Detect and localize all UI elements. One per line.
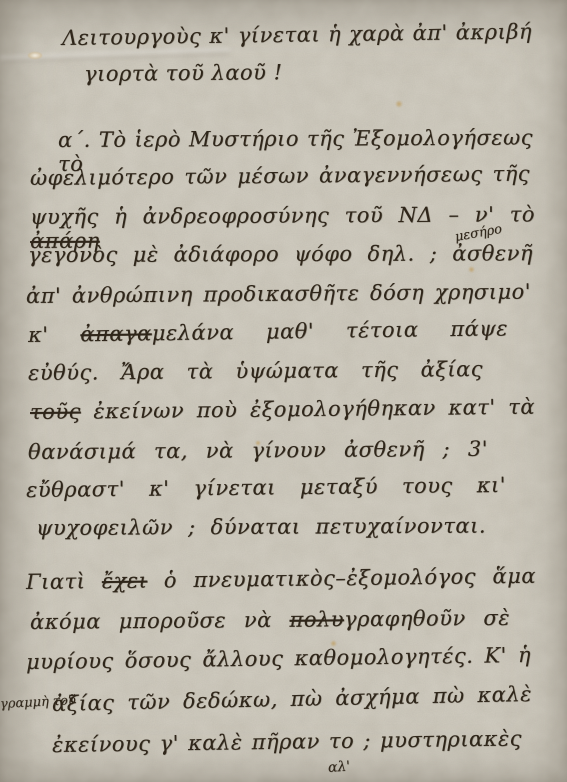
handwriting-line: ψυχοφειλῶν ; δύναται πετυχαίνονται. — [36, 514, 486, 540]
handwriting-segment: ἐκείνους γ' καλὲ πῆραν το — [52, 729, 364, 757]
handwriting-segment: ψυχῆς ἡ ἀνδρεοφροσύνης τοῦ ΝΔ – ν' τὸ — [30, 202, 535, 229]
handwriting-segment: ἀξίας τῶν δεδώκω, πὼ ἀσχήμα πὼ καλὲ — [52, 682, 532, 716]
handwriting-segment: ἀπ' ἀνθρώπινη προδικασθῆτε δόση χρησιμο' — [26, 280, 531, 308]
handwriting-line: ἀξίας τῶν δεδώκω, πὼ ἀσχήμα πὼ καλὲ — [52, 682, 532, 716]
strikethrough-word: πολυ — [289, 607, 344, 631]
handwriting-segment: ἐκείνων ποὺ ἐξομολογήθηκαν κατ' τὰ — [81, 395, 535, 424]
handwriting-segment: γραφηθοῦν σὲ — [344, 606, 510, 631]
handwriting-segment: ψυχοφειλῶν ; δύναται πετυχαίνονται. — [36, 514, 486, 540]
handwriting-segment: ἀκόμα μποροῦσε νὰ — [30, 608, 290, 634]
handwriting-line: Γιατὶ ἔχει ὁ πνευματικὸς–ἐξομολόγος ἅμα — [26, 564, 536, 594]
handwriting-line: γιορτὰ τοῦ λαοῦ ! — [84, 60, 324, 86]
handwriting-segment: θανάσιμά τα, νὰ γίνουν ἀσθενῆ ; 3' — [28, 437, 488, 464]
handwriting-segment: μυρίους ὅσους ἄλλους καθομολογητές. Κ' ἡ — [26, 643, 531, 674]
handwriting-segment: ὠφελιμότερο τῶν μέσων ἀναγεννήσεως τῆς — [30, 162, 530, 190]
handwriting-line: τοῦς ἐκείνων ποὺ ἐξομολογήθηκαν κατ' τὰ — [30, 395, 535, 424]
handwriting-line: ἀκόμα μποροῦσε νὰ πολυγραφηθοῦν σὲ — [30, 606, 510, 634]
handwriting-line: ἐκείνους γ' καλὲ πῆραν το ; μυστηριακὲς — [52, 726, 522, 757]
handwriting-line: κ' ἀπαγαμελάνα μαθ' τέτοια πάψε — [28, 316, 508, 347]
interlinear-insertion-below: αλ' — [327, 758, 350, 776]
handwriting-segment: κ' — [28, 322, 81, 347]
handwriting-segment: εὐθύς. Ἄρα τὰ ὑψώματα τῆς ἀξίας — [28, 357, 483, 385]
handwriting-segment: Λειτουργοὺς κ' γίνεται ἡ χαρὰ ἀπ' ἀκριβή — [62, 19, 532, 50]
manuscript-page: Λειτουργοὺς κ' γίνεται ἡ χαρὰ ἀπ' ἀκριβή… — [0, 0, 567, 782]
handwriting-segment: ; μυστηριακὲς — [363, 726, 522, 752]
handwriting-line: γεγονὸς μὲ ἀδιάφορο ψόφο δηλ. ; ἀσθενῆ — [28, 241, 533, 267]
strikethrough-word: ἀπαγα — [80, 321, 152, 346]
handwriting-line: ὠφελιμότερο τῶν μέσων ἀναγεννήσεως τῆς — [30, 162, 530, 190]
strikethrough-word: ἔχει — [102, 569, 148, 594]
strikethrough-word: τοῦς — [30, 399, 81, 424]
handwriting-segment: γιορτὰ τοῦ λαοῦ ! — [84, 60, 283, 86]
handwriting-segment: γεγονὸς μὲ ἀδιάφορο ψόφο δηλ. ; ἀσθενῆ — [28, 241, 533, 267]
handwriting-line: μυρίους ὅσους ἄλλους καθομολογητές. Κ' ἡ — [26, 643, 531, 674]
handwriting-layer: Λειτουργοὺς κ' γίνεται ἡ χαρὰ ἀπ' ἀκριβή… — [0, 0, 567, 782]
handwriting-line: θανάσιμά τα, νὰ γίνουν ἀσθενῆ ; 3' — [28, 437, 488, 464]
handwriting-line: Λειτουργοὺς κ' γίνεται ἡ χαρὰ ἀπ' ἀκριβή — [62, 19, 532, 50]
handwriting-segment: μελάνα μαθ' τέτοια πάψε — [152, 316, 509, 345]
handwriting-segment: εὔθραστ' κ' γίνεται μεταξύ τους κι' — [26, 473, 506, 502]
handwriting-line: ἀπ' ἀνθρώπινη προδικασθῆτε δόση χρησιμο' — [26, 280, 531, 308]
handwriting-segment: ὁ πνευματικὸς–ἐξομολόγος ἅμα — [147, 564, 536, 593]
handwriting-segment: Γιατὶ — [26, 569, 102, 594]
handwriting-line: εὔθραστ' κ' γίνεται μεταξύ τους κι' — [26, 473, 506, 502]
handwriting-line: εὐθύς. Ἄρα τὰ ὑψώματα τῆς ἀξίας — [28, 357, 483, 385]
